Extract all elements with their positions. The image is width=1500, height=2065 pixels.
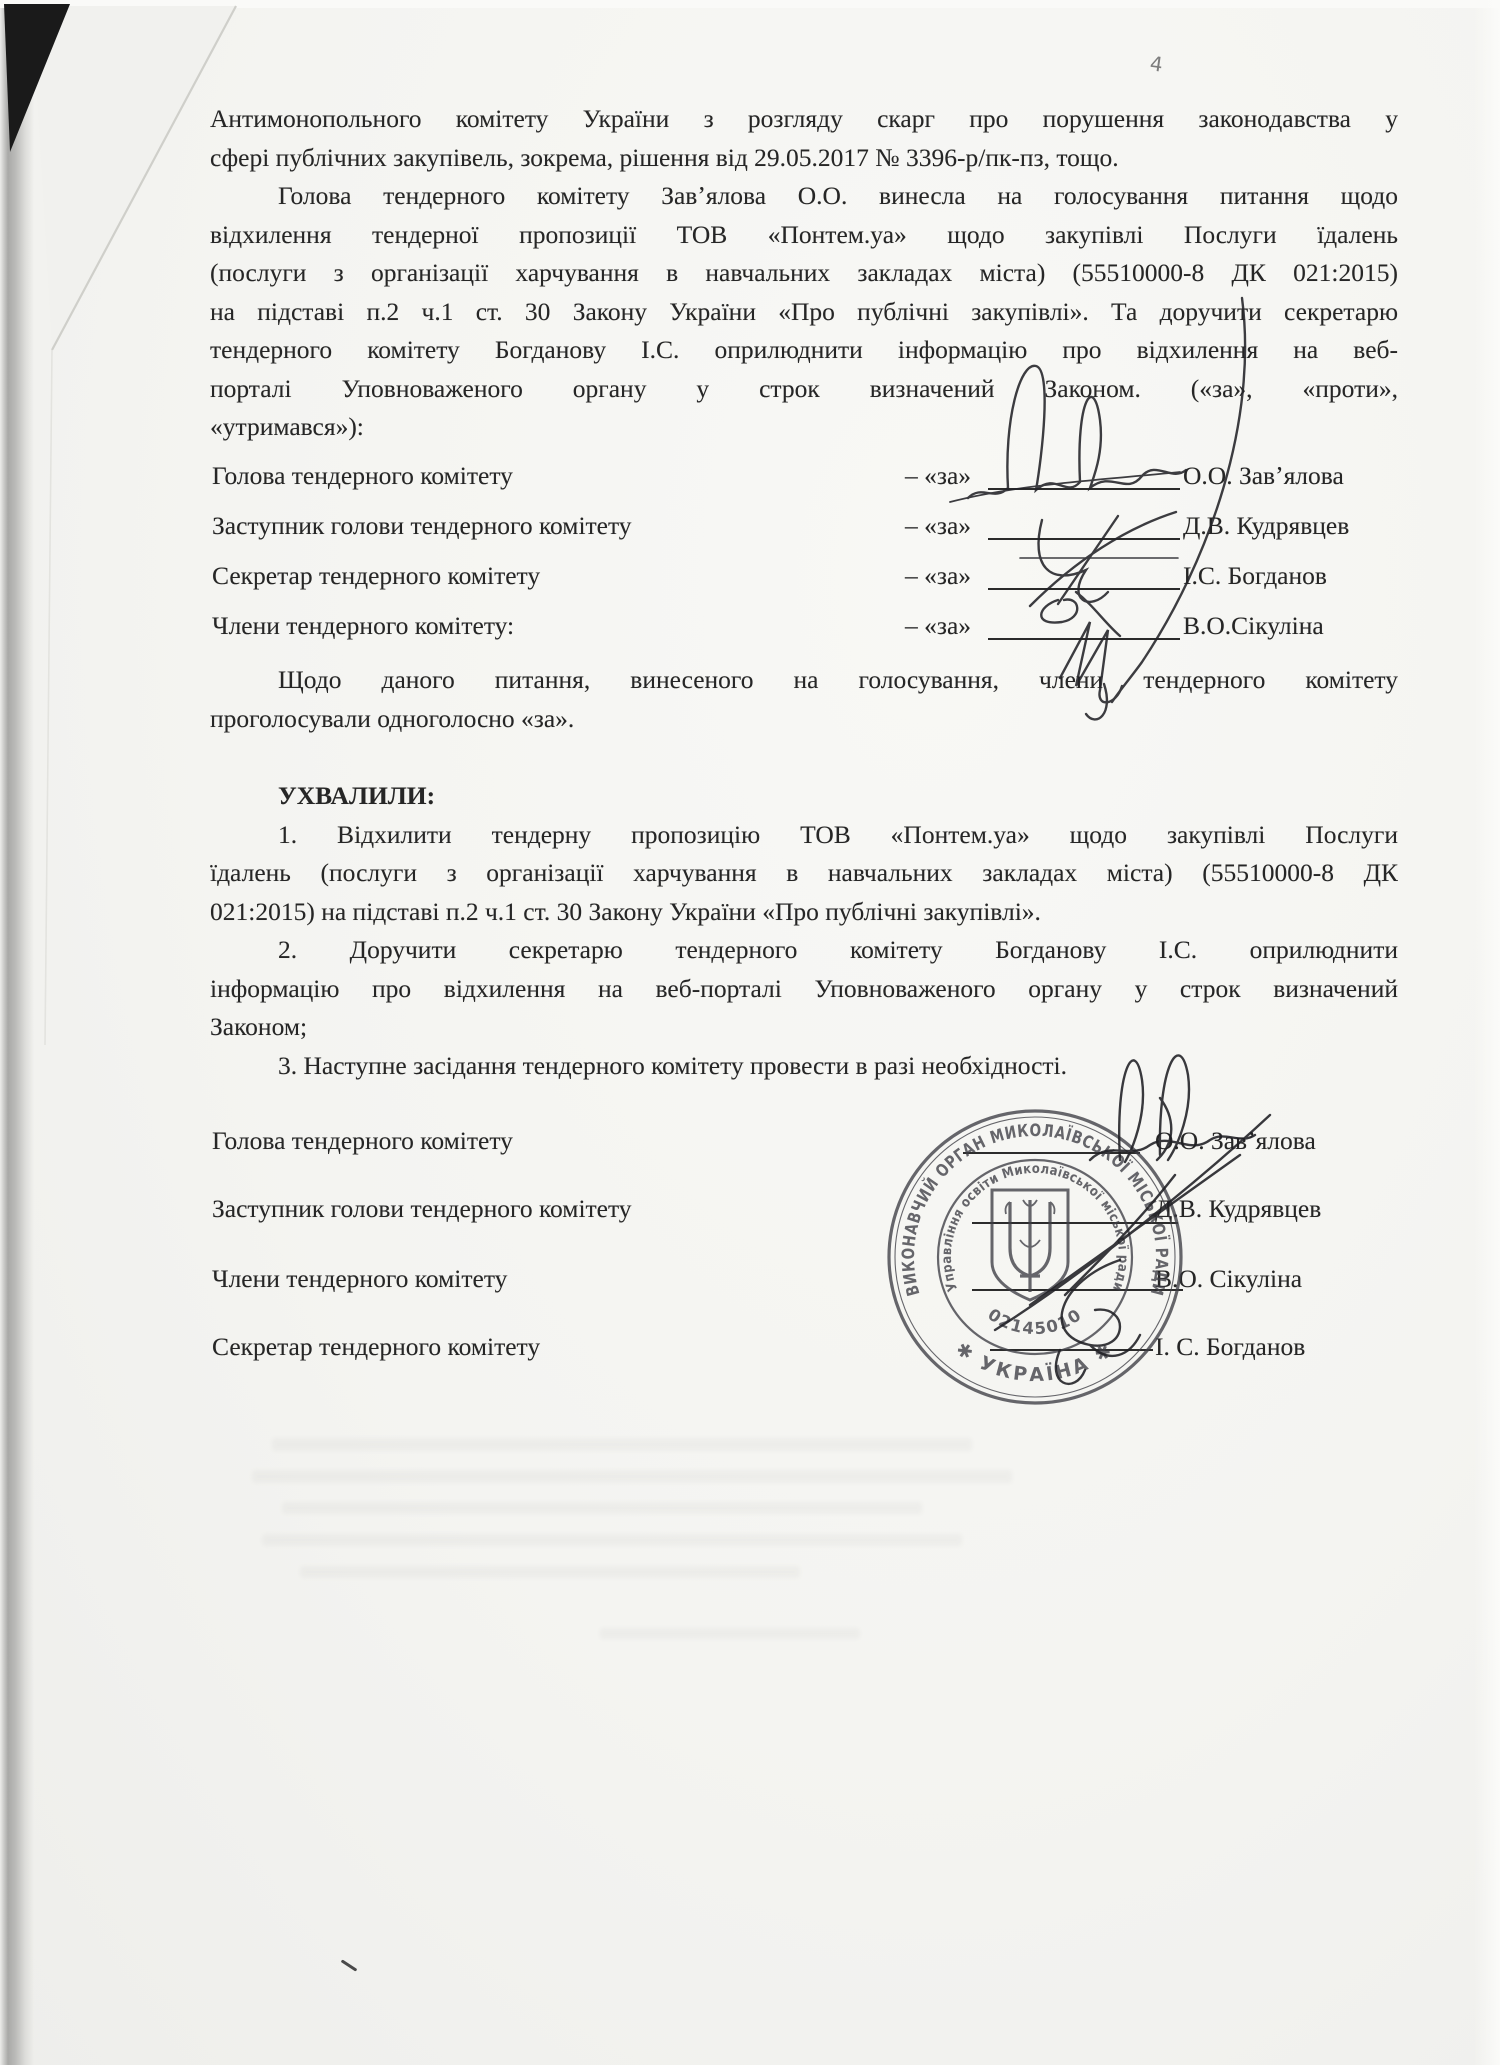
bleed-through-text xyxy=(252,1470,1012,1483)
signature-line xyxy=(988,588,1180,590)
vote-row: Голова тендерного комітету – «за» О.О. З… xyxy=(210,457,1400,501)
text-line: порталі Уповноваженого органу у строк ви… xyxy=(210,370,1398,409)
signatory-name: О.О. Завʼялова xyxy=(1155,1122,1316,1161)
signature-row: Секретар тендерного комітету І. С. Богда… xyxy=(210,1328,1400,1374)
role-label: Заступник голови тендерного комітету xyxy=(212,507,632,546)
signatory-name: В.О.Сікуліна xyxy=(1183,607,1324,646)
text-line: (послуги з організації харчування в навч… xyxy=(210,254,1398,293)
signatory-name: І.С. Богданов xyxy=(1183,557,1327,596)
paragraph-intro: Антимонопольного комітету України з розг… xyxy=(210,100,1398,447)
text-line: 021:2015) на підставі п.2 ч.1 ст. 30 Зак… xyxy=(210,893,1398,932)
resolved-heading: УХВАЛИЛИ: xyxy=(210,777,1398,816)
bleed-through-text xyxy=(272,1438,972,1451)
text-line: проголосували одноголосно «за». xyxy=(210,700,1398,739)
text-line: «утримався»): xyxy=(210,408,1398,447)
text-line: Щодо даного питання, винесеного на голос… xyxy=(210,661,1398,700)
vote-mark: – «за» xyxy=(905,557,971,596)
role-label: Голова тендерного комітету xyxy=(212,457,513,496)
resolutions-section: УХВАЛИЛИ: 1. Відхилити тендерну пропозиц… xyxy=(210,777,1398,1085)
bleed-through-text xyxy=(282,1502,922,1514)
text-line: сфері публічних закупівель, зокрема, ріш… xyxy=(210,139,1398,178)
text-line: Законом; xyxy=(210,1008,1398,1047)
role-label: Секретар тендерного комітету xyxy=(212,1328,540,1367)
text-line: Голова тендерного комітету Завʼялова О.О… xyxy=(210,177,1398,216)
vote-row: Заступник голови тендерного комітету – «… xyxy=(210,507,1400,551)
vote-mark: – «за» xyxy=(905,457,971,496)
text-line: тендерного комітету Богданову І.С. оприл… xyxy=(210,331,1398,370)
signature-row: Заступник голови тендерного комітету Д.В… xyxy=(210,1190,1400,1236)
stray-ink-mark: 4 xyxy=(1148,51,1164,77)
role-label: Заступник голови тендерного комітету xyxy=(212,1190,632,1229)
vote-row: Члени тендерного комітету: – «за» В.О.Сі… xyxy=(210,607,1400,651)
vote-mark: – «за» xyxy=(905,607,971,646)
text-line: їдалень (послуги з організації харчуванн… xyxy=(210,854,1398,893)
text-line: 3. Наступне засідання тендерного комітет… xyxy=(210,1047,1398,1086)
text-line: Антимонопольного комітету України з розг… xyxy=(210,100,1398,139)
text-line: 1. Відхилити тендерну пропозицію ТОВ «По… xyxy=(210,816,1398,855)
bleed-through-text xyxy=(262,1534,962,1546)
vote-mark: – «за» xyxy=(905,507,971,546)
role-label: Члени тендерного комітету xyxy=(212,1260,507,1299)
text-line: інформацію про відхилення на веб-порталі… xyxy=(210,970,1398,1009)
vote-row: Секретар тендерного комітету – «за» І.С.… xyxy=(210,557,1400,601)
paragraph-summary: Щодо даного питання, винесеного на голос… xyxy=(210,661,1398,738)
text-line: 2. Доручити секретарю тендерного комітет… xyxy=(210,931,1398,970)
text-line: на підставі п.2 ч.1 ст. 30 Закону Україн… xyxy=(210,293,1398,332)
signature-line xyxy=(988,488,1180,490)
signatory-name: О.О. Завʼялова xyxy=(1183,457,1344,496)
bleed-through-text xyxy=(300,1566,800,1578)
scanned-document-page: { "doc": { "p1": [ "Антимонопольного ком… xyxy=(0,0,1500,2065)
bleed-through-text xyxy=(600,1628,860,1639)
text-line: відхилення тендерної пропозиції ТОВ «Пон… xyxy=(210,216,1398,255)
signatory-name: Д.В. Кудрявцев xyxy=(1155,1190,1321,1229)
role-label: Голова тендерного комітету xyxy=(212,1122,513,1161)
signatory-name: В.О. Сікуліна xyxy=(1155,1260,1302,1299)
stray-pen-mark xyxy=(341,1959,358,1971)
signature-line xyxy=(988,638,1180,640)
role-label: Секретар тендерного комітету xyxy=(212,557,540,596)
signature-row: Голова тендерного комітету О.О. Завʼялов… xyxy=(210,1122,1400,1168)
signatory-name: І. С. Богданов xyxy=(1155,1328,1305,1367)
signature-line xyxy=(988,538,1180,540)
role-label: Члени тендерного комітету: xyxy=(212,607,514,646)
signatory-name: Д.В. Кудрявцев xyxy=(1183,507,1349,546)
signature-row: Члени тендерного комітету В.О. Сікуліна xyxy=(210,1260,1400,1306)
scan-right-edge xyxy=(1474,0,1500,2065)
